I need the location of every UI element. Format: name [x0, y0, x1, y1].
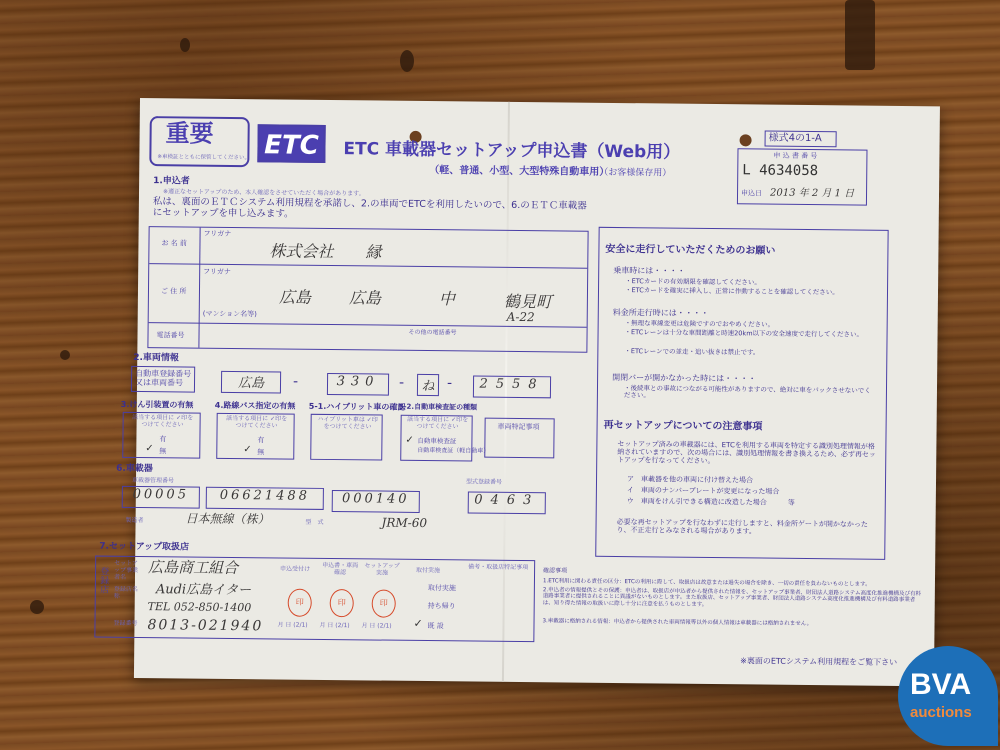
- form-title: ETC 車載器セットアップ申込書（Web用）: [343, 140, 680, 163]
- important-badge: 重要 ※車検証とともに保管してください。: [149, 116, 250, 167]
- date-setup: 月 日 (2/1): [361, 623, 391, 630]
- address-prefecture: 広島: [279, 288, 311, 307]
- section1-statement: 私は、裏面のＥＴＣシステム利用規程を承諾し、2.の車両でETCを利用したいので、…: [153, 197, 593, 223]
- checkmark-icon: ✓: [413, 618, 422, 631]
- safety-group-head: 乗車時には・・・・: [613, 266, 685, 276]
- name-label: お 名 前: [161, 239, 187, 247]
- bva-logo-subtext: auctions: [910, 704, 972, 721]
- checkmark-icon: ✓: [145, 443, 154, 455]
- col-setup: セットアップ実施: [362, 563, 402, 577]
- date-received: 月 日 (2/1): [277, 622, 307, 629]
- important-label: 重要: [165, 120, 213, 148]
- safety-notice-box: 安全に走行していただくためのお願い 乗車時には・・・・ ・ETCカードの有効期限…: [595, 227, 888, 560]
- section1-heading: 1.申込者: [153, 176, 190, 187]
- model-value: JRM-60: [381, 517, 427, 531]
- plate-kana: ね: [417, 374, 439, 396]
- application-number: L 4634058: [742, 162, 818, 179]
- safety-group-head: 料金所走行時には・・・・: [613, 308, 709, 318]
- inspection-cert-box: 該当する項目に ✓印をつけてください 自動車検査証 自動車検査証（軽自動車） ✓: [400, 415, 472, 462]
- furigana-label: フリガナ: [204, 230, 232, 238]
- date-verified: 月 日 (2/1): [319, 623, 349, 630]
- mgmt-number-part1: 00005: [122, 486, 200, 509]
- bus-instruction: 該当する項目に ✓印をつけてください: [224, 416, 290, 430]
- wood-knot: [845, 0, 875, 70]
- mgmt-number-part2: 06621488: [206, 487, 324, 510]
- resetup-item: ウ 車両をけん引できる構造に改造した場合 等: [627, 497, 795, 507]
- section6-heading: 6.車載器: [116, 464, 153, 475]
- bus-option-yes: 有: [257, 436, 264, 444]
- bus-route-box: 該当する項目に ✓印をつけてください 有 無 ✓: [216, 413, 294, 460]
- section4-heading: 4.路線バス指定の有無: [215, 401, 296, 411]
- wood-knot: [400, 50, 414, 72]
- checkmark-icon: ✓: [243, 444, 252, 456]
- form-number: 様式4の1-A: [769, 133, 822, 145]
- back-page-note: ※裏面のETCシステム利用規程をご覧下さい: [740, 656, 897, 667]
- col-verified: 申込書・車両確認: [320, 563, 360, 577]
- application-number-box: 申 込 書 番 号 L 4634058 申込日 2013 年 2 月 1 日: [737, 148, 868, 205]
- model-label: 型 式: [306, 520, 324, 527]
- maker-label: 製造者: [126, 518, 144, 525]
- section52-heading: 5-2.自動車検査証の種類: [399, 403, 477, 412]
- hybrid-instruction: ハイブリット車は ✓印をつけてください: [316, 417, 380, 431]
- dash: -: [447, 375, 452, 391]
- plate-region: 広島: [221, 371, 281, 394]
- inspection-instruction: 該当する項目に ✓印をつけてください: [406, 417, 470, 431]
- address-ward: 中: [439, 290, 455, 309]
- wood-knot: [30, 600, 44, 614]
- address-town: 鶴見町: [504, 293, 552, 312]
- stamp-received: 印: [288, 589, 312, 617]
- install-option-existing: 既 設: [427, 622, 443, 630]
- towing-option-no: 無: [159, 447, 166, 455]
- safety-item: ・ETCレーンは十分な車間距離と時速20km以下の安全速度で走行してください。: [625, 329, 875, 339]
- registration-label-box: 自動車登録番号 又は車両番号: [131, 366, 195, 393]
- resetup-item: イ 車両のナンバープレートが変更になった場合: [627, 486, 780, 496]
- section51-heading: 5-1.ハイブリット車の確認: [309, 402, 406, 412]
- plate-class: 330: [327, 373, 389, 396]
- maker-value: 日本無線（株）: [186, 513, 270, 528]
- col-received: 申込受付け: [280, 566, 310, 573]
- remarks-label: 備考・取扱店特記事項: [468, 564, 528, 572]
- registration-label: 自動車登録番号 又は車両番号: [135, 369, 191, 388]
- install-option-install: 取付実施: [428, 584, 456, 592]
- resetup-item: ア 車載器を他の車両に付け替えた場合: [627, 475, 753, 484]
- badge-note: ※車検証とともに保管してください。: [157, 154, 250, 161]
- store-side-label: 登録店: [98, 567, 109, 594]
- model-reg-label: 型式登録番号: [466, 479, 502, 486]
- bva-auctions-watermark: BVA auctions: [898, 646, 998, 746]
- inspection-option-standard: 自動車検査証: [417, 438, 456, 446]
- address-city: 広島: [349, 289, 381, 308]
- address-furigana-label: フリガナ: [203, 268, 231, 276]
- resetup-body: セットアップ済みの車載器には、ETCを利用する車両を特定する識別処理情報が格納さ…: [617, 440, 877, 467]
- etc-application-form: 重要 ※車検証とともに保管してください。 ETC ETC 車載器セットアップ申込…: [134, 98, 940, 686]
- safety-item: ・ETCカードを確実に挿入し、正常に作動することを確認してください。: [625, 287, 839, 297]
- bva-logo-text: BVA: [910, 668, 971, 702]
- safety-item: ・ETCレーンでの並走・追い抜きは禁止です。: [624, 348, 759, 357]
- punch-hole: [740, 134, 752, 146]
- vehicle-notes-label: 車両特記事項: [498, 423, 540, 431]
- confirm-title: 確認事項: [543, 568, 567, 575]
- resetup-footer: 必要な再セットアップを行なわずに走行しますと、料金所ゲートが開かなかったり、不正…: [616, 518, 876, 537]
- confirm-item: 3.車載器に格納される情報：申込者から提供された車両情報等以外の個人情報は車載器…: [543, 618, 923, 628]
- dash: -: [399, 375, 404, 391]
- section2-heading: 2.車両情報: [133, 353, 179, 364]
- plate-number: 2558: [473, 376, 551, 399]
- install-option-takehome: 持ち帰り: [428, 602, 456, 610]
- phone-label: 電話番号: [156, 331, 184, 339]
- col-install: 取付実施: [416, 568, 440, 575]
- safety-title: 安全に走行していただくためのお願い: [605, 244, 775, 257]
- towing-box: 該当する項目に ✓印をつけてください 有 無 ✓: [122, 412, 200, 459]
- form-copy-label: （お客様保存用）: [599, 168, 671, 179]
- etc-logo: ETC: [257, 124, 325, 163]
- resetup-title: 再セットアップについての注意事項: [604, 420, 763, 433]
- store-value: Audi広島イター: [156, 583, 251, 599]
- checkmark-icon: ✓: [405, 435, 414, 447]
- form-number-box: 様式4の1-A: [765, 131, 837, 148]
- address-label: ご 住 所: [161, 287, 187, 295]
- address-building: A-22: [507, 311, 535, 325]
- mgmt-number-label: 車載器管理番号: [132, 478, 174, 485]
- towing-instruction: 該当する項目に ✓印をつけてください: [130, 415, 196, 429]
- application-number-label: 申 込 書 番 号: [773, 152, 817, 161]
- stamp-setup: 印: [372, 589, 396, 617]
- building-label: (マンション名等): [203, 310, 257, 319]
- reg-no-label: 登録番号: [113, 621, 137, 628]
- applicant-table: フリガナ お 名 前 株式会社 縁 フリガナ ご 住 所 広島 広島 中 鶴見町…: [147, 226, 588, 353]
- safety-item: ・後続車との事故につながる可能性がありますので、絶対に車をバックさせないでくださ…: [624, 385, 874, 403]
- operator-value: 広島商工組合: [148, 559, 238, 577]
- operator-label: セットアップ事業者名: [114, 561, 142, 582]
- section3-heading: 3.けん引装置の有無: [121, 400, 194, 410]
- reg-no-value: 8013-021940: [147, 617, 263, 634]
- store-label: 登録店名称: [114, 587, 142, 601]
- section7-heading: 7.セットアップ取扱店: [99, 542, 189, 553]
- application-date: 2013 年 2 月 1 日: [770, 188, 854, 200]
- inspection-option-kei: 自動車検査証（軽自動車）: [417, 448, 489, 456]
- setup-store-table: 登録店 セットアップ事業者名 広島商工組合 登録店名称 Audi広島イター TE…: [94, 556, 535, 643]
- model-reg-number: 0463: [468, 491, 546, 514]
- other-phone-label: その他の電話番号: [409, 330, 457, 337]
- stamp-verified: 印: [330, 589, 354, 617]
- wood-knot: [60, 350, 70, 360]
- hybrid-box: ハイブリット車は ✓印をつけてください: [310, 414, 382, 461]
- vehicle-notes-box: 車両特記事項: [484, 418, 554, 459]
- bus-option-no: 無: [257, 448, 264, 456]
- application-date-label: 申込日: [741, 189, 762, 197]
- form-subtitle: （軽、普通、小型、大型特殊自動車用）: [429, 165, 609, 178]
- towing-option-yes: 有: [159, 435, 166, 443]
- confirm-item: 2.申込者の情報提供とその保護：申込者は、取扱店が申込者から提供された情報を、セ…: [543, 587, 923, 610]
- safety-group-head: 開閉バーが開かなかった時には・・・・: [612, 373, 756, 384]
- wood-knot: [180, 38, 190, 52]
- store-phone: TEL 052-850-1400: [148, 601, 252, 615]
- dash: -: [293, 374, 298, 390]
- name-value: 株式会社 縁: [269, 242, 381, 262]
- mgmt-number-part3: 000140: [332, 490, 420, 513]
